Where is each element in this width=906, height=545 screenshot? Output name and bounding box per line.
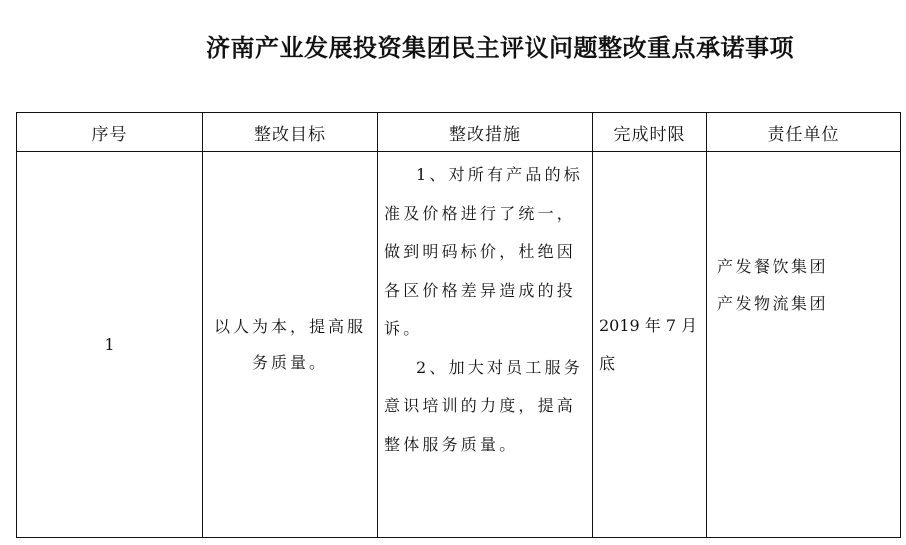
unit-item: 产发餐饮集团 — [717, 248, 892, 285]
cell-serial-no: 1 — [17, 152, 203, 538]
header-goal: 整改目标 — [203, 113, 378, 152]
measure-item: 1、对所有产品的标准及价格进行了统一，做到明码标价，杜绝因各区价格差异造成的投诉… — [384, 156, 588, 349]
header-deadline: 完成时限 — [593, 113, 707, 152]
cell-responsible-unit: 产发餐饮集团 产发物流集团 — [707, 152, 901, 538]
document-title: 济南产业发展投资集团民主评议问题整改重点承诺事项 — [150, 28, 850, 63]
cell-measures: 1、对所有产品的标准及价格进行了统一，做到明码标价，杜绝因各区价格差异造成的投诉… — [378, 152, 593, 538]
cell-goal: 以人为本，提高服务质量。 — [203, 152, 378, 538]
cell-deadline: 2019 年 7 月底 — [593, 152, 707, 538]
table-row: 1 以人为本，提高服务质量。 1、对所有产品的标准及价格进行了统一，做到明码标价… — [17, 152, 901, 538]
header-serial-no: 序号 — [17, 113, 203, 152]
unit-item: 产发物流集团 — [717, 285, 892, 322]
table-header-row: 序号 整改目标 整改措施 完成时限 责任单位 — [17, 113, 901, 152]
header-measures: 整改措施 — [378, 113, 593, 152]
header-responsible-unit: 责任单位 — [707, 113, 901, 152]
commitment-table: 序号 整改目标 整改措施 完成时限 责任单位 1 以人为本，提高服务质量。 1、… — [16, 112, 901, 538]
measure-item: 2、加大对员工服务意识培训的力度，提高整体服务质量。 — [384, 349, 588, 465]
